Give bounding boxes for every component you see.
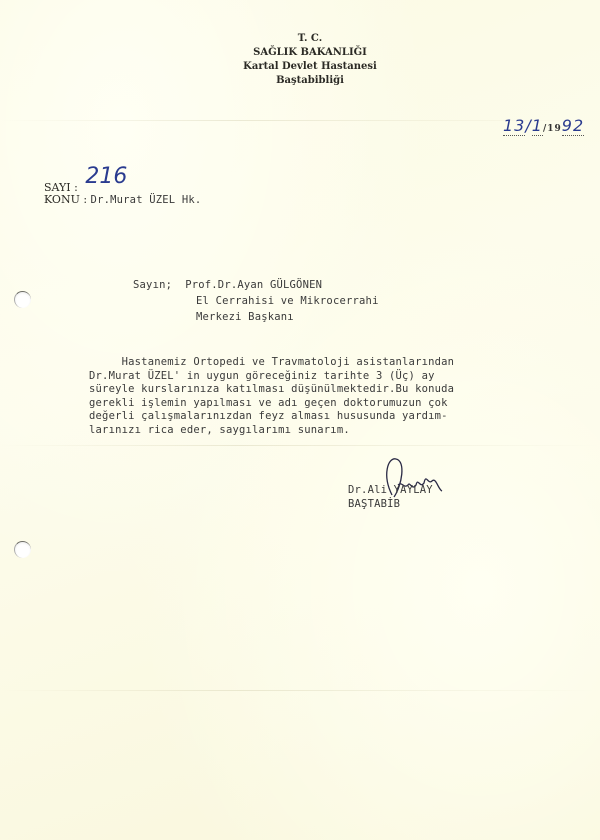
signatory-title: BAŞTABİB	[348, 498, 433, 512]
addressee-title-1: El Cerrahisi ve Mikrocerrahi	[133, 295, 379, 307]
letter-date: 13/1/1992	[503, 116, 584, 135]
konu-label: KONU	[44, 193, 80, 206]
date-day: 13	[503, 116, 525, 136]
body-line: değerli çalışmalarınızdan feyz alması hu…	[89, 410, 454, 424]
letterhead-country: T. C.	[230, 32, 390, 46]
addressee-title-2: Merkezi Başkanı	[133, 311, 294, 323]
body-line: Dr.Murat ÜZEL' in uygun göreceğiniz tari…	[89, 370, 454, 384]
letterhead: T. C. SAĞLIK BAKANLIĞI Kartal Devlet Has…	[230, 32, 390, 88]
punch-hole-icon	[14, 541, 31, 558]
body-line: Hastanemiz Ortopedi ve Travmatoloji asis…	[89, 356, 454, 370]
date-month: 1	[532, 116, 543, 136]
date-century: 19	[547, 124, 562, 134]
letterhead-ministry: SAĞLIK BAKANLIĞI	[230, 46, 390, 60]
subject-row: KONU : Dr.Murat ÜZEL Hk.	[44, 193, 201, 206]
konu-value: Dr.Murat ÜZEL Hk.	[91, 194, 202, 206]
signatory-name: Dr.Ali YAYLAY	[348, 484, 433, 498]
paper-crease	[0, 445, 600, 446]
letter-body: Hastanemiz Ortopedi ve Travmatoloji asis…	[89, 356, 454, 437]
addressee-block: Sayın; Prof.Dr.Ayan GÜLGÖNEN El Cerrahis…	[133, 277, 379, 325]
sayi-value: 216	[85, 164, 127, 189]
body-line: larınızı rica eder, saygılarımı sunarım.	[89, 424, 454, 438]
body-line: gerekli işlemin yapılması ve adı geçen d…	[89, 397, 454, 411]
paper-crease	[0, 690, 600, 691]
signature-block: Dr.Ali YAYLAYBAŞTABİB	[348, 484, 433, 511]
body-line: süreyle kurslarınıza katılması düşünülme…	[89, 383, 454, 397]
date-year: 92	[562, 116, 584, 136]
letterhead-office: Baştabibliği	[230, 74, 390, 88]
addressee-name: Prof.Dr.Ayan GÜLGÖNEN	[185, 279, 322, 291]
punch-hole-icon	[14, 291, 31, 308]
salutation: Sayın;	[133, 279, 172, 291]
letterhead-hospital: Kartal Devlet Hastanesi	[230, 60, 390, 74]
letter-page: T. C. SAĞLIK BAKANLIĞI Kartal Devlet Has…	[0, 0, 600, 840]
